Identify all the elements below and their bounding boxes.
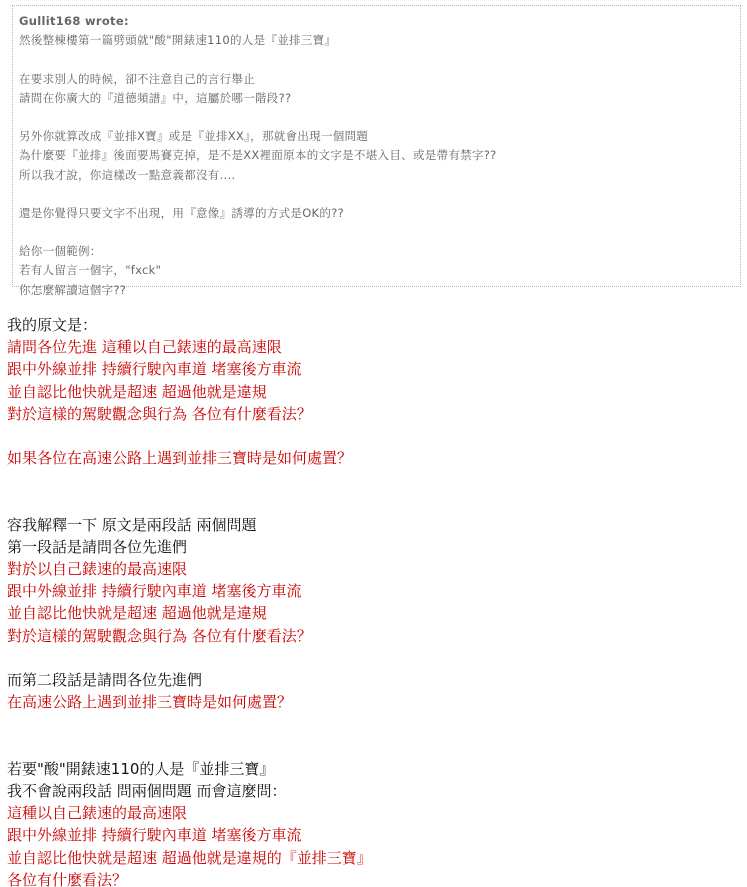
quote-box: Gullit168 wrote: 然後整棟樓第一篇劈頭就"酸"開錶速110的人是… bbox=[12, 5, 741, 287]
post-line: 並自認比他快就是超速 超過他就是違規的『並排三寶』 bbox=[7, 847, 737, 869]
quote-line: 你怎麼解讀這個字?? bbox=[19, 281, 734, 300]
post-line: 而第二段話是請問各位先進們 bbox=[7, 669, 737, 691]
post-line bbox=[7, 492, 737, 514]
quote-line: 另外你就算改成『並排X寶』或是『並排XX』，那就會出現一個問題 bbox=[19, 127, 734, 146]
post-line: 對於這樣的駕駛觀念與行為 各位有什麼看法？ bbox=[7, 403, 737, 425]
post-line bbox=[7, 713, 737, 735]
post-line: 並自認比他快就是超速 超過他就是違規 bbox=[7, 602, 737, 624]
post-line: 跟中外線並排 持續行駛內車道 堵塞後方車流 bbox=[7, 358, 737, 380]
post-line bbox=[7, 736, 737, 758]
quote-line: 若有人留言一個字，"fxck" bbox=[19, 261, 734, 280]
post-body: 我的原文是： 請問各位先進 這種以自己錶速的最高速限 跟中外線並排 持續行駛內車… bbox=[7, 314, 737, 887]
quote-line: 為什麼要『並排』後面要馬賽克掉，是不是XX裡面原本的文字是不堪入目、或是帶有禁字… bbox=[19, 146, 734, 165]
post-line bbox=[7, 647, 737, 669]
quote-line: 請問在你廣大的『道德頻譜』中，這屬於哪一階段?? bbox=[19, 89, 734, 108]
quote-line: 還是你覺得只要文字不出現，用『意像』誘導的方式是OK的?? bbox=[19, 204, 734, 223]
post-line bbox=[7, 469, 737, 491]
quote-line bbox=[19, 223, 734, 242]
post-line: 跟中外線並排 持續行駛內車道 堵塞後方車流 bbox=[7, 824, 737, 846]
post-line: 在高速公路上遇到並排三寶時是如何處置？ bbox=[7, 691, 737, 713]
post-line: 我的原文是： bbox=[7, 314, 737, 336]
post-line: 對於這樣的駕駛觀念與行為 各位有什麼看法？ bbox=[7, 625, 737, 647]
post-line: 若要"酸"開錶速110的人是『並排三寶』 bbox=[7, 758, 737, 780]
post-line: 各位有什麼看法？ bbox=[7, 869, 737, 887]
post-line: 跟中外線並排 持續行駛內車道 堵塞後方車流 bbox=[7, 580, 737, 602]
quote-line bbox=[19, 108, 734, 127]
post-line: 對於以自己錶速的最高速限 bbox=[7, 558, 737, 580]
post-line: 我不會說兩段話 問兩個問題 而會這麼問： bbox=[7, 780, 737, 802]
post-line bbox=[7, 425, 737, 447]
quote-line bbox=[19, 185, 734, 204]
quote-line: 在要求別人的時候，卻不注意自己的言行舉止 bbox=[19, 70, 734, 89]
quote-line bbox=[19, 50, 734, 69]
post-line: 請問各位先進 這種以自己錶速的最高速限 bbox=[7, 336, 737, 358]
post-line: 這種以自己錶速的最高速限 bbox=[7, 802, 737, 824]
quote-line: 然後整棟樓第一篇劈頭就"酸"開錶速110的人是『並排三寶』 bbox=[19, 31, 734, 50]
post-line: 並自認比他快就是超速 超過他就是違規 bbox=[7, 381, 737, 403]
quote-line: 所以我才說，你這樣改一點意義都沒有.... bbox=[19, 166, 734, 185]
quote-line: 給你一個範例： bbox=[19, 242, 734, 261]
post-line: 第一段話是請問各位先進們 bbox=[7, 536, 737, 558]
post-line: 容我解釋一下 原文是兩段話 兩個問題 bbox=[7, 514, 737, 536]
quote-author: Gullit168 wrote: bbox=[19, 12, 734, 31]
post-line: 如果各位在高速公路上遇到並排三寶時是如何處置？ bbox=[7, 447, 737, 469]
